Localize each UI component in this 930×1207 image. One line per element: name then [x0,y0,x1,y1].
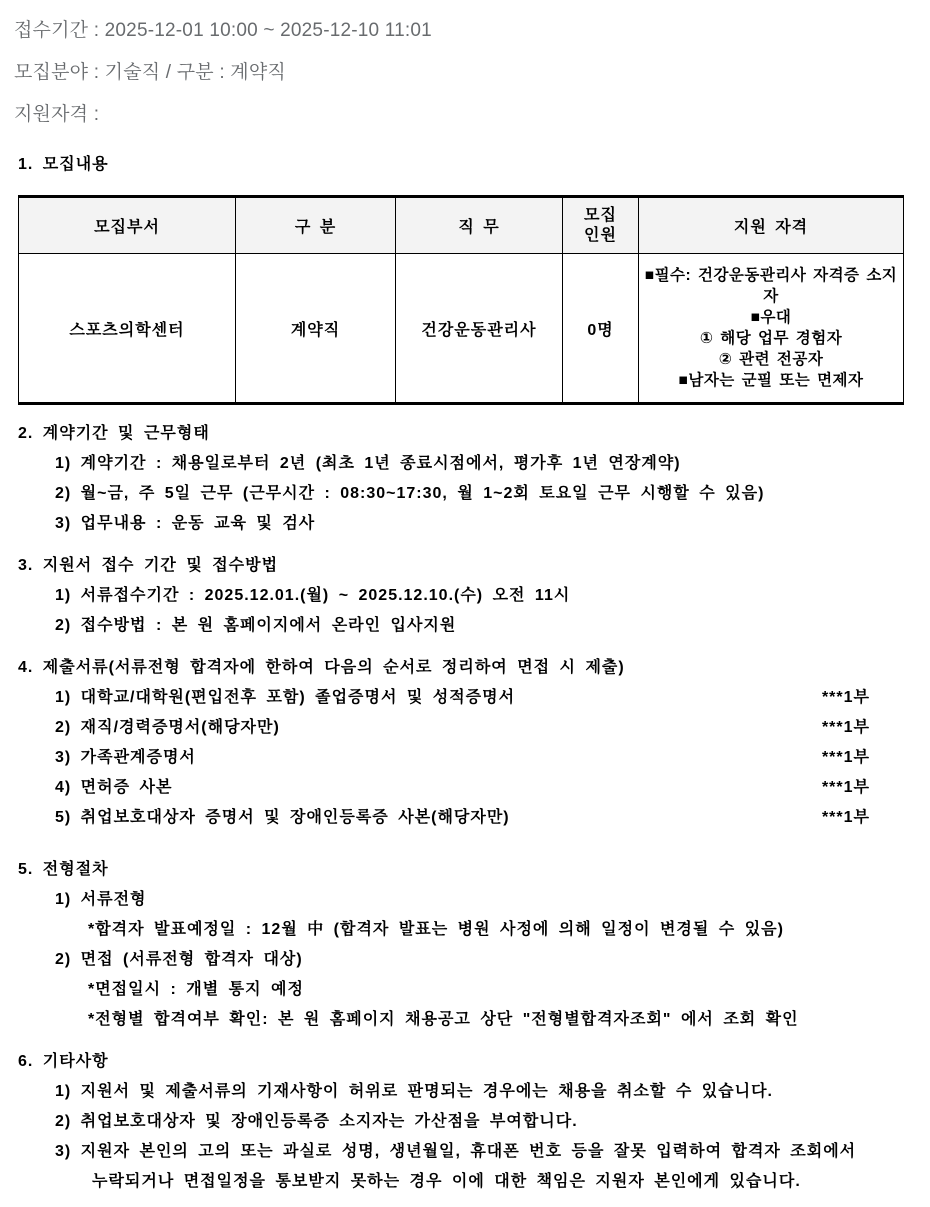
qual-preferred-2: ② 관련 전공자 [639,349,903,370]
section5-step1-note: *합격자 발표예정일 : 12월 中 (합격자 발표는 병원 사정에 의해 일정… [88,915,930,945]
document-row: 2) 재직/경력증명서(해당자만) ***1부 [55,713,870,743]
section2-item-1: 1) 계약기간 : 채용일로부터 2년 (최초 1년 종료시점에서, 평가후 1… [55,449,930,479]
document-name: 3) 가족관계증명서 [55,743,196,773]
section5-title: 5. 전형절차 [18,855,930,885]
section3-title: 3. 지원서 접수 기간 및 접수방법 [18,551,930,581]
cell-job: 건강운동관리사 [396,254,563,404]
section-contract: 2. 계약기간 및 근무형태 1) 계약기간 : 채용일로부터 2년 (최초 1… [0,419,930,539]
document-copies: ***1부 [822,743,870,773]
section6-item-2: 2) 취업보호대상자 및 장애인등록증 소지자는 가산점을 부여합니다. [55,1107,930,1137]
reception-period: 접수기간 : 2025-12-01 10:00 ~ 2025-12-10 11:… [14,10,930,52]
section2-title: 2. 계약기간 및 근무형태 [18,419,930,449]
cell-type: 계약직 [236,254,396,404]
document-row: 1) 대학교/대학원(편입전후 포함) 졸업증명서 및 성적증명서 ***1부 [55,683,870,713]
document-row: 4) 면허증 사본 ***1부 [55,773,870,803]
qualification-label: 지원자격 : [14,94,930,136]
document-row: 3) 가족관계증명서 ***1부 [55,743,870,773]
qual-preferred-label: ■우대 [639,307,903,328]
table-header-row: 모집부서 구 분 직 무 모집 인원 지원 자격 [19,197,904,254]
cell-count: 0명 [563,254,639,404]
section-selection-process: 5. 전형절차 1) 서류전형 *합격자 발표예정일 : 12월 中 (합격자 … [0,855,930,1035]
document-copies: ***1부 [822,713,870,743]
section2-item-3: 3) 업무내용 : 운동 교육 및 검사 [55,509,930,539]
qual-preferred-1: ① 해당 업무 경험자 [639,328,903,349]
section2-item-2: 2) 월~금, 주 5일 근무 (근무시간 : 08:30~17:30, 월 1… [55,479,930,509]
posting-meta: 접수기간 : 2025-12-01 10:00 ~ 2025-12-10 11:… [0,0,930,136]
section1-title: 1. 모집내용 [18,150,930,180]
job-posting-page: 접수기간 : 2025-12-01 10:00 ~ 2025-12-10 11:… [0,0,930,1207]
section3-item-2: 2) 접수방법 : 본 원 홈페이지에서 온라인 입사지원 [55,611,930,641]
section6-item-1: 1) 지원서 및 제출서류의 기재사항이 허위로 판명되는 경우에는 채용을 취… [55,1077,930,1107]
document-name: 5) 취업보호대상자 증명서 및 장애인등록증 사본(해당자만) [55,803,510,833]
document-copies: ***1부 [822,803,870,833]
col-header-dept: 모집부서 [19,197,236,254]
section6-item-3-line2: 누락되거나 면접일정을 통보받지 못하는 경우 이에 대한 책임은 지원자 본인… [92,1167,930,1197]
table-row: 스포츠의학센터 계약직 건강운동관리사 0명 ■필수: 건강운동관리사 자격증 … [19,254,904,404]
section5-step1: 1) 서류전형 [55,885,930,915]
section-recruit-content: 1. 모집내용 모집부서 구 분 직 무 모집 인원 지원 자격 스포츠의학센터… [0,150,930,405]
document-row: 5) 취업보호대상자 증명서 및 장애인등록증 사본(해당자만) ***1부 [55,803,870,833]
col-header-qualification: 지원 자격 [639,197,904,254]
recruit-field: 모집분야 : 기술직 / 구분 : 계약직 [14,52,930,94]
document-copies: ***1부 [822,683,870,713]
col-header-type: 구 분 [236,197,396,254]
recruit-table: 모집부서 구 분 직 무 모집 인원 지원 자격 스포츠의학센터 계약직 건강운… [18,195,904,405]
document-name: 2) 재직/경력증명서(해당자만) [55,713,280,743]
section6-title: 6. 기타사항 [18,1047,930,1077]
document-copies: ***1부 [822,773,870,803]
section6-item-3-line1: 3) 지원자 본인의 고의 또는 과실로 성명, 생년월일, 휴대폰 번호 등을… [55,1137,930,1167]
section-application: 3. 지원서 접수 기간 및 접수방법 1) 서류접수기간 : 2025.12.… [0,551,930,641]
section-other-notes: 6. 기타사항 1) 지원서 및 제출서류의 기재사항이 허위로 판명되는 경우… [0,1047,930,1197]
section4-title: 4. 제출서류(서류전형 합격자에 한하여 다음의 순서로 정리하여 면접 시 … [18,653,930,683]
document-name: 4) 면허증 사본 [55,773,172,803]
section5-step2-note2: *전형별 합격여부 확인: 본 원 홈페이지 채용공고 상단 "전형별합격자조회… [88,1005,930,1035]
section-documents: 4. 제출서류(서류전형 합격자에 한하여 다음의 순서로 정리하여 면접 시 … [0,653,930,833]
col-header-job: 직 무 [396,197,563,254]
qual-military: ■남자는 군필 또는 면제자 [639,370,903,391]
section5-step2: 2) 면접 (서류전형 합격자 대상) [55,945,930,975]
section5-step2-note1: *면접일시 : 개별 통지 예정 [88,975,930,1005]
col-header-count-label: 모집 인원 [563,206,638,246]
cell-qualification: ■필수: 건강운동관리사 자격증 소지자 ■우대 ① 해당 업무 경험자 ② 관… [639,254,904,404]
cell-dept: 스포츠의학센터 [19,254,236,404]
col-header-count: 모집 인원 [563,197,639,254]
qual-required: ■필수: 건강운동관리사 자격증 소지자 [639,265,903,307]
document-name: 1) 대학교/대학원(편입전후 포함) 졸업증명서 및 성적증명서 [55,683,515,713]
section3-item-1: 1) 서류접수기간 : 2025.12.01.(월) ~ 2025.12.10.… [55,581,930,611]
